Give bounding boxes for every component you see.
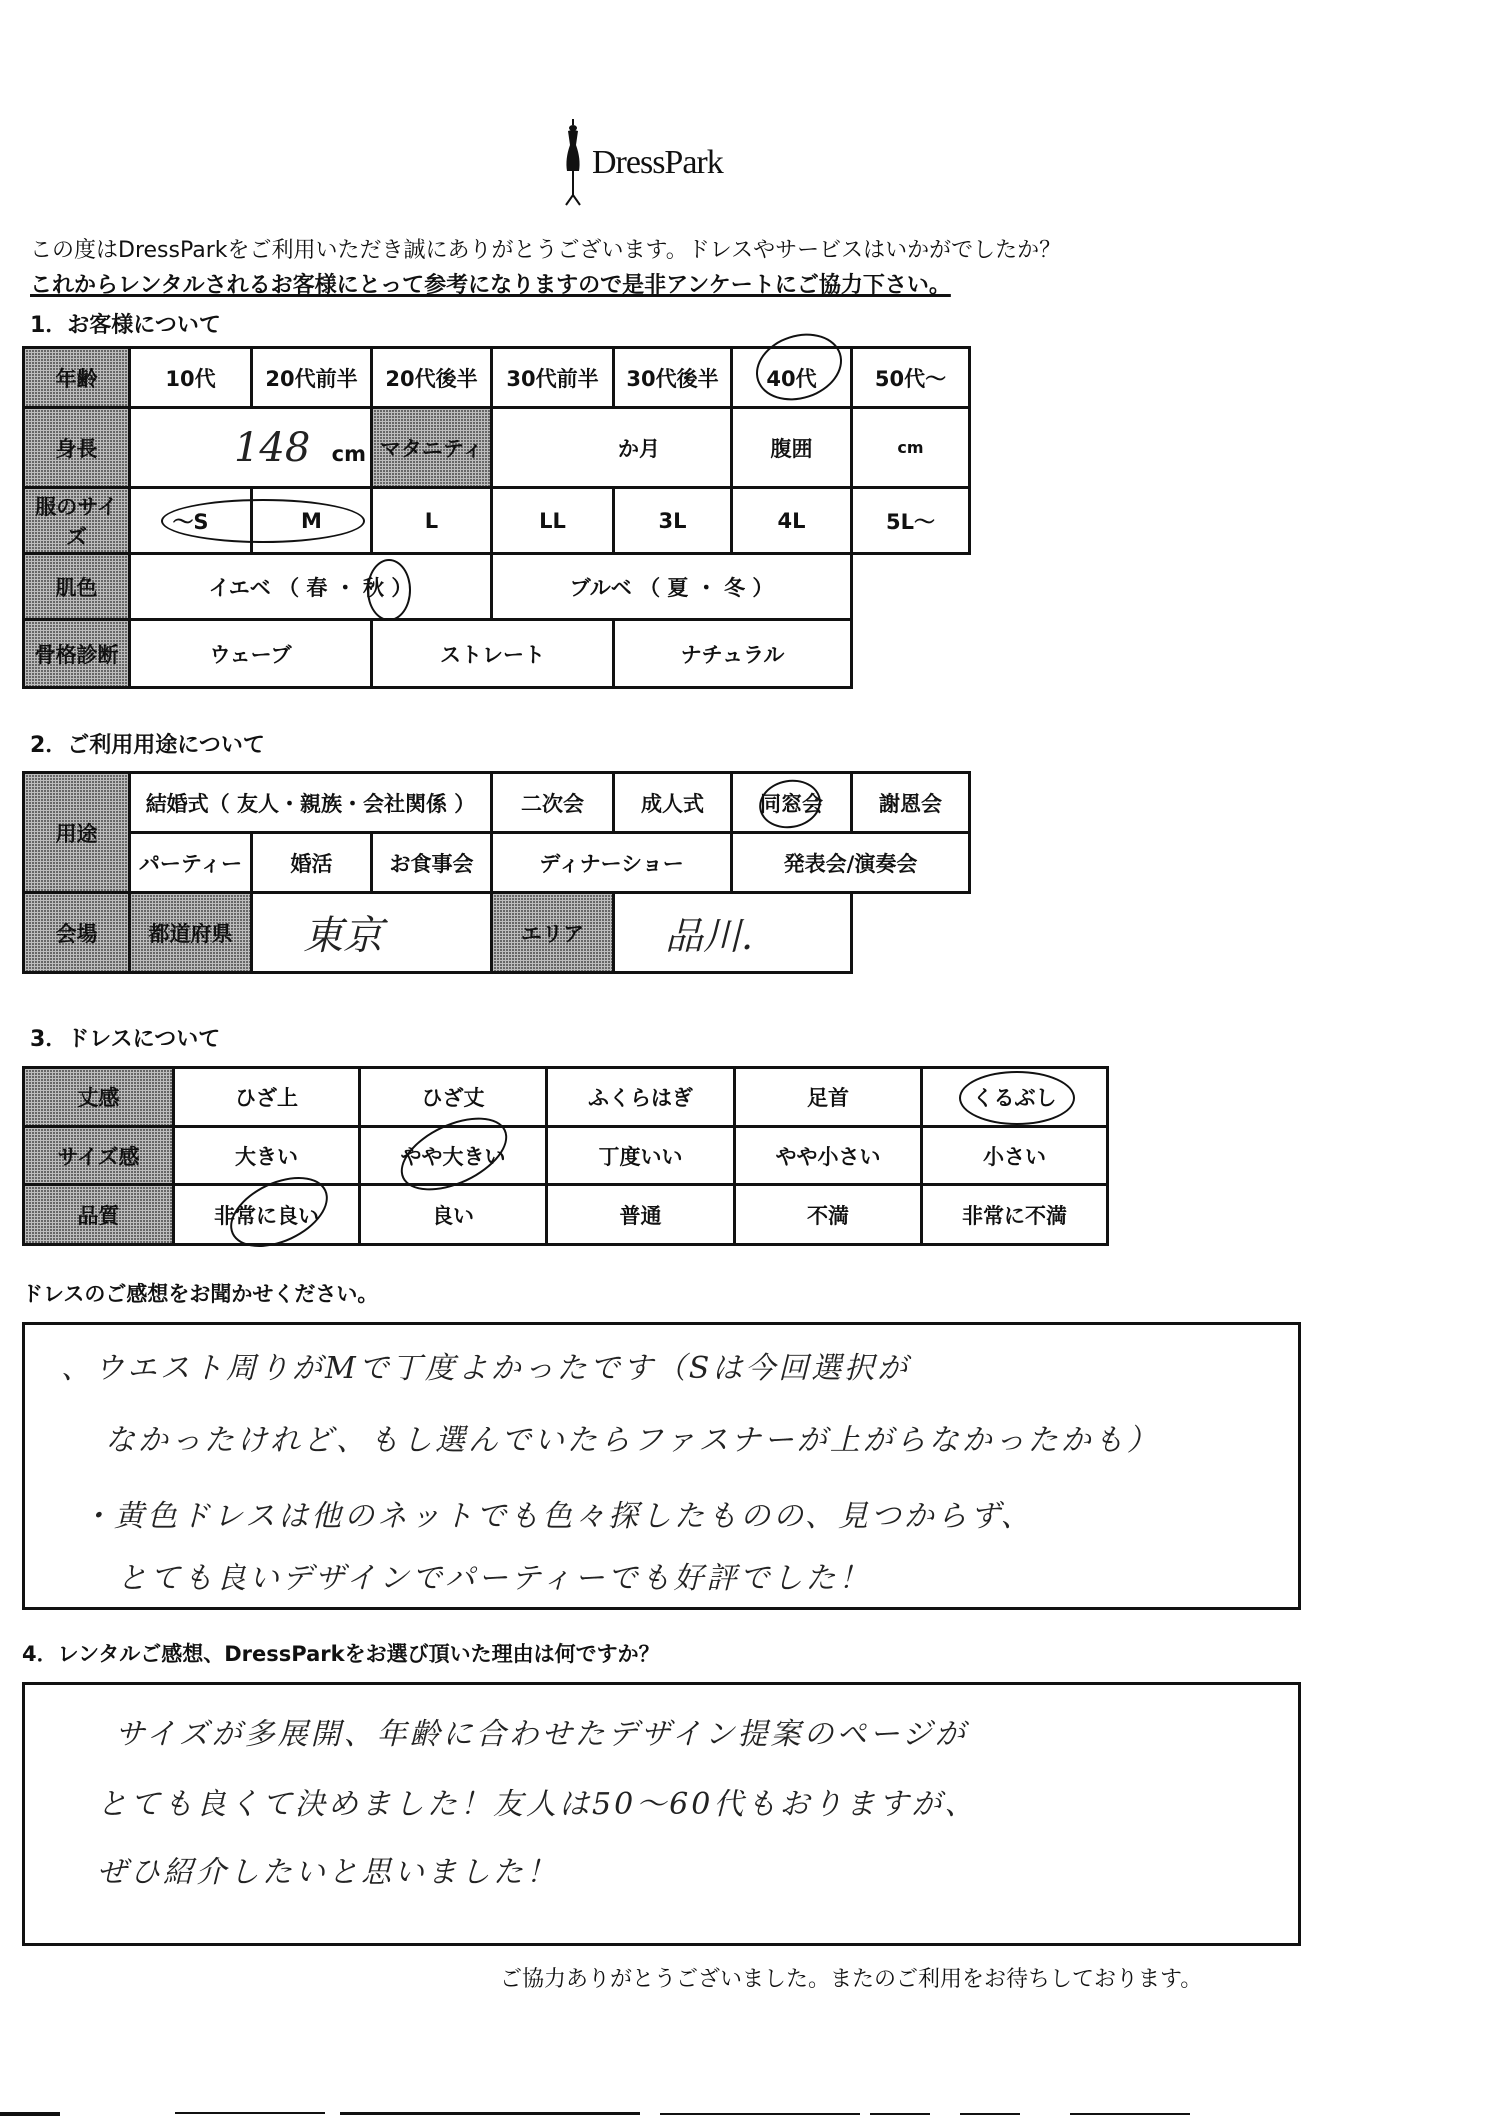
thanks-message: ご協力ありがとうございました。またのご利用をお待ちしております。 (500, 1962, 1202, 1993)
rental-comment-box[interactable]: サイズが多展開、年齢に合わせたデザイン提案のページが とても良くて決めました！友… (22, 1682, 1301, 1946)
scan-artifact (960, 2113, 1020, 2115)
purpose-coming-of-age[interactable]: 成人式 (614, 773, 732, 833)
dress-comment-box[interactable]: 、ウエスト周りがMで丁度よかったです（Sは今回選択が なかったけれど、もし選んで… (22, 1322, 1301, 1610)
area-label: エリア (492, 893, 614, 973)
scan-artifact (175, 2112, 325, 2114)
quality-label: 品質 (24, 1185, 174, 1245)
size-option-ll[interactable]: LL (492, 488, 614, 554)
skin-label: 肌色 (24, 554, 130, 620)
quality-option-dissatisfied[interactable]: 不満 (735, 1185, 922, 1245)
size-option-3l[interactable]: 3L (614, 488, 732, 554)
size-option-m[interactable]: M (252, 488, 372, 554)
purpose-dinner-show[interactable]: ディナーショー (492, 833, 732, 893)
usage-table: 用途 結婚式（ 友人・親族・会社関係 ） 二次会 成人式 同窓会 謝恩会 パーテ… (22, 771, 1322, 974)
height-label: 身長 (24, 408, 130, 488)
age-option-early-20s[interactable]: 20代前半 (252, 348, 372, 408)
scan-artifact (1070, 2113, 1190, 2115)
purpose-thank-you-party[interactable]: 謝恩会 (852, 773, 970, 833)
quality-option-average[interactable]: 普通 (547, 1185, 735, 1245)
request-text: これからレンタルされるお客様にとって参考になりますので是非アンケートにご協力下さ… (30, 268, 951, 299)
frame-label: 骨格診断 (24, 620, 130, 688)
customer-info-table: 年齢 10代 20代前半 20代後半 30代前半 30代後半 40代 50代～ … (22, 346, 1322, 689)
comment-line: ・黄色ドレスは他のネットでも色々探したものの、見つからず、 (81, 1491, 1034, 1535)
frame-option-straight[interactable]: ストレート (372, 620, 614, 688)
section3-title: 3．ドレスについて (30, 1022, 220, 1053)
section4-title: 4．レンタルご感想、DressParkをお選び頂いた理由は何ですか？ (22, 1638, 660, 1668)
fit-option-small[interactable]: 小さい (922, 1127, 1108, 1185)
comment-line: ぜひ紹介したいと思いました！ (97, 1847, 559, 1891)
comment-line: とても良いデザインでパーティーでも好評でした！ (117, 1553, 872, 1597)
size-option-l[interactable]: L (372, 488, 492, 554)
purpose-party[interactable]: パーティー (130, 833, 252, 893)
size-option-4l[interactable]: 4L (732, 488, 852, 554)
fit-option-slightly-large-label: やや大きい (401, 1145, 506, 1169)
comment-line: サイズが多展開、年齢に合わせたデザイン提案のページが (115, 1709, 968, 1753)
age-option-late-20s[interactable]: 20代後半 (372, 348, 492, 408)
fit-option-just-right[interactable]: 丁度いい (547, 1127, 735, 1185)
height-unit: cm (332, 442, 366, 466)
length-option-ankle[interactable]: 足首 (735, 1068, 922, 1127)
waist-label: 腹囲 (732, 408, 852, 488)
purpose-reunion[interactable]: 同窓会 (732, 773, 852, 833)
age-label: 年齢 (24, 348, 130, 408)
brand-logo: DressPark (560, 118, 723, 208)
maternity-unit: か月 (618, 437, 660, 461)
prefecture-field[interactable]: 東京 (252, 893, 492, 973)
area-value: 品川. (665, 914, 753, 958)
purpose-recital[interactable]: 発表会/演奏会 (732, 833, 970, 893)
frame-option-wave[interactable]: ウェーブ (130, 620, 372, 688)
section1-title: 1．お客様について (30, 308, 221, 339)
comment-line: なかったけれど、もし選んでいたらファスナーが上がらなかったかも） (105, 1415, 1160, 1459)
age-option-40s[interactable]: 40代 (732, 348, 852, 408)
comment-line: 、ウエスト周りがMで丁度よかったです（Sは今回選択が (61, 1343, 910, 1387)
height-field[interactable]: 148 cm (130, 408, 372, 488)
age-option-50s-plus[interactable]: 50代～ (852, 348, 970, 408)
fit-option-slightly-large[interactable]: やや大きい (360, 1127, 547, 1185)
maternity-field[interactable]: か月 (492, 408, 732, 488)
age-option-late-30s[interactable]: 30代後半 (614, 348, 732, 408)
skin-yellow-base-label: イエベ （ 春 ・ 秋 ） (209, 576, 413, 600)
age-option-40s-label: 40代 (766, 367, 816, 391)
skin-yellow-base[interactable]: イエベ （ 春 ・ 秋 ） (130, 554, 492, 620)
scan-artifact (340, 2112, 640, 2115)
purpose-konkatsu[interactable]: 婚活 (252, 833, 372, 893)
fit-label: サイズ感 (24, 1127, 174, 1185)
length-option-above-knee[interactable]: ひざ上 (174, 1068, 360, 1127)
size-option-5l-plus[interactable]: 5L～ (852, 488, 970, 554)
skin-blue-base[interactable]: ブルベ （ 夏 ・ 冬 ） (492, 554, 852, 620)
scan-artifact (870, 2113, 930, 2115)
scan-artifact (660, 2113, 860, 2115)
fit-option-large[interactable]: 大きい (174, 1127, 360, 1185)
length-option-calf[interactable]: ふくらはぎ (547, 1068, 735, 1127)
size-option-s[interactable]: ～S (130, 488, 252, 554)
comment-line: とても良くて決めました！友人は50～60代もおりますが、 (97, 1779, 977, 1823)
dress-comment-prompt: ドレスのご感想をお聞かせください。 (22, 1278, 378, 1308)
length-option-anklebone[interactable]: くるぶし (922, 1068, 1108, 1127)
fit-option-slightly-small[interactable]: やや小さい (735, 1127, 922, 1185)
purpose-reunion-label: 同窓会 (760, 792, 823, 816)
length-option-knee[interactable]: ひざ丈 (360, 1068, 547, 1127)
height-value: 148 (234, 425, 310, 471)
prefecture-value: 東京 (303, 913, 383, 959)
quality-option-good[interactable]: 良い (360, 1185, 547, 1245)
prefecture-label: 都道府県 (130, 893, 252, 973)
waist-field[interactable]: cm (852, 408, 970, 488)
length-option-anklebone-label: くるぶし (973, 1086, 1057, 1110)
venue-label: 会場 (24, 893, 130, 973)
age-option-early-30s[interactable]: 30代前半 (492, 348, 614, 408)
frame-option-natural[interactable]: ナチュラル (614, 620, 852, 688)
size-label: 服のサイズ (24, 488, 130, 554)
quality-option-very-good[interactable]: 非常に良い (174, 1185, 360, 1245)
waist-unit: cm (897, 438, 923, 457)
area-field[interactable]: 品川. (614, 893, 852, 973)
dress-table: 丈感 ひざ上 ひざ丈 ふくらはぎ 足首 くるぶし サイズ感 大きい やや大きい … (22, 1066, 1109, 1246)
dress-form-icon (560, 119, 586, 207)
quality-option-very-dissatisfied[interactable]: 非常に不満 (922, 1185, 1108, 1245)
length-label: 丈感 (24, 1068, 174, 1127)
size-option-s-label: ～S (172, 510, 208, 534)
purpose-after-party[interactable]: 二次会 (492, 773, 614, 833)
section2-title: 2．ご利用用途について (30, 728, 265, 759)
brand-name: DressPark (592, 144, 723, 182)
scan-artifact (0, 2112, 60, 2116)
maternity-label: マタニティ (372, 408, 492, 488)
purpose-dinner[interactable]: お食事会 (372, 833, 492, 893)
intro-text: この度はDressParkをご利用いただき誠にありがとうございます。ドレスやサー… (30, 233, 1061, 264)
age-option-10s[interactable]: 10代 (130, 348, 252, 408)
quality-option-very-good-label: 非常に良い (214, 1204, 319, 1228)
purpose-label: 用途 (24, 773, 130, 893)
purpose-wedding[interactable]: 結婚式（ 友人・親族・会社関係 ） (130, 773, 492, 833)
